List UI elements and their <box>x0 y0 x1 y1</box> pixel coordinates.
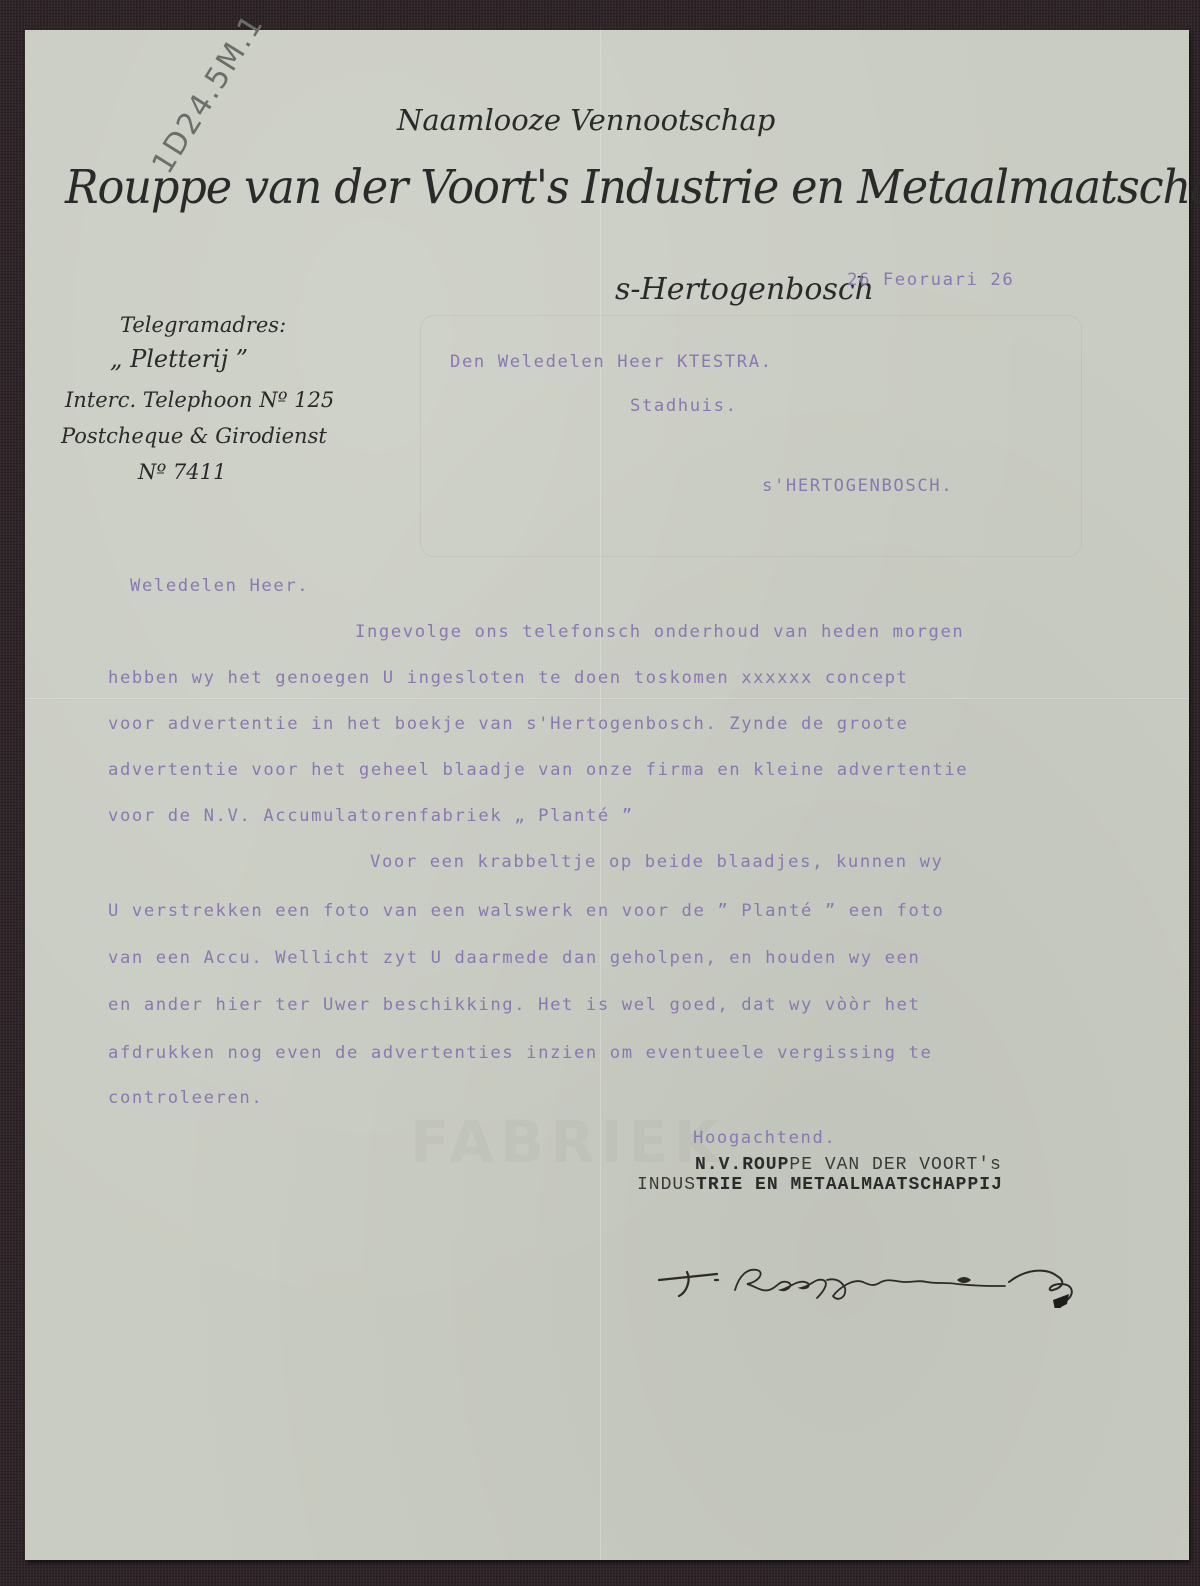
letter-date: 26 Feoruari 26 <box>847 270 1014 290</box>
handwritten-signature: J. Rouppe van der Voort <box>657 1258 1097 1308</box>
company-name: Rouppe van der Voort's Industrie en Meta… <box>65 160 1200 215</box>
body-line: voor advertentie in het boekje van s'Her… <box>108 714 909 734</box>
fold-crease-vertical <box>600 30 601 1560</box>
address-line-recipient: Den Weledelen Heer KTESTRA. <box>450 352 773 372</box>
stamp-line-2-light: INDUS <box>637 1175 696 1195</box>
body-line: hebben wy het genoegen U ingesloten te d… <box>108 668 909 688</box>
body-line: Voor een krabbeltje op beide blaadjes, k… <box>370 852 944 872</box>
body-line: U verstrekken een foto van een walswerk … <box>108 901 944 921</box>
address-line-building: Stadhuis. <box>630 396 738 416</box>
company-type: Naamlooze Vennootschap <box>397 103 775 137</box>
body-line: controleeren. <box>108 1088 263 1108</box>
body-line: Ingevolge ons telefonsch onderhoud van h… <box>355 622 964 642</box>
telephone-number: Interc. Telephoon Nº 125 <box>65 388 334 412</box>
company-stamp-line-2: INDUSTRIE EN METAALMAATSCHAPPIJ <box>637 1175 1003 1195</box>
body-line: advertentie voor het geheel blaadje van … <box>108 760 968 780</box>
telegram-label: Telegramadres: <box>120 313 286 337</box>
stamp-line-2-bold: TRIE <box>696 1175 743 1195</box>
telegram-address: „ Pletterij ” <box>110 345 248 373</box>
letter-place: s-Hertogenbosch <box>615 272 874 307</box>
salutation: Weledelen Heer. <box>130 576 309 596</box>
body-line: voor de N.V. Accumulatorenfabriek „ Plan… <box>108 806 634 826</box>
address-line-city: s'HERTOGENBOSCH. <box>762 476 953 496</box>
body-line: en ander hier ter Uwer beschikking. Het … <box>108 995 920 1015</box>
faint-watermark: FABRIEK <box>410 1108 725 1176</box>
body-line: van een Accu. Wellicht zyt U daarmede da… <box>108 948 920 968</box>
stamp-line-1-bold: N.V.ROUP <box>695 1155 789 1175</box>
letter-page: FABRIEK 1D24.5M.1 Naamlooze Vennootschap… <box>25 30 1189 1560</box>
pencil-archive-note: 1D24.5M.1 <box>145 8 271 180</box>
stamp-line-2-rest: EN METAALMAATSCHAPPIJ <box>743 1175 1003 1195</box>
closing: Hoogachtend. <box>693 1128 836 1148</box>
giro-number: Nº 7411 <box>138 460 226 484</box>
company-stamp-line-1: N.V.ROUPPE VAN DER VOORT's <box>695 1155 1002 1175</box>
stamp-line-1-rest: PE VAN DER VOORT's <box>789 1155 1001 1175</box>
fold-crease-horizontal <box>25 698 1189 700</box>
body-line: afdrukken nog even de advertenties inzie… <box>108 1043 932 1063</box>
giro-label: Postcheque & Girodienst <box>61 424 327 448</box>
